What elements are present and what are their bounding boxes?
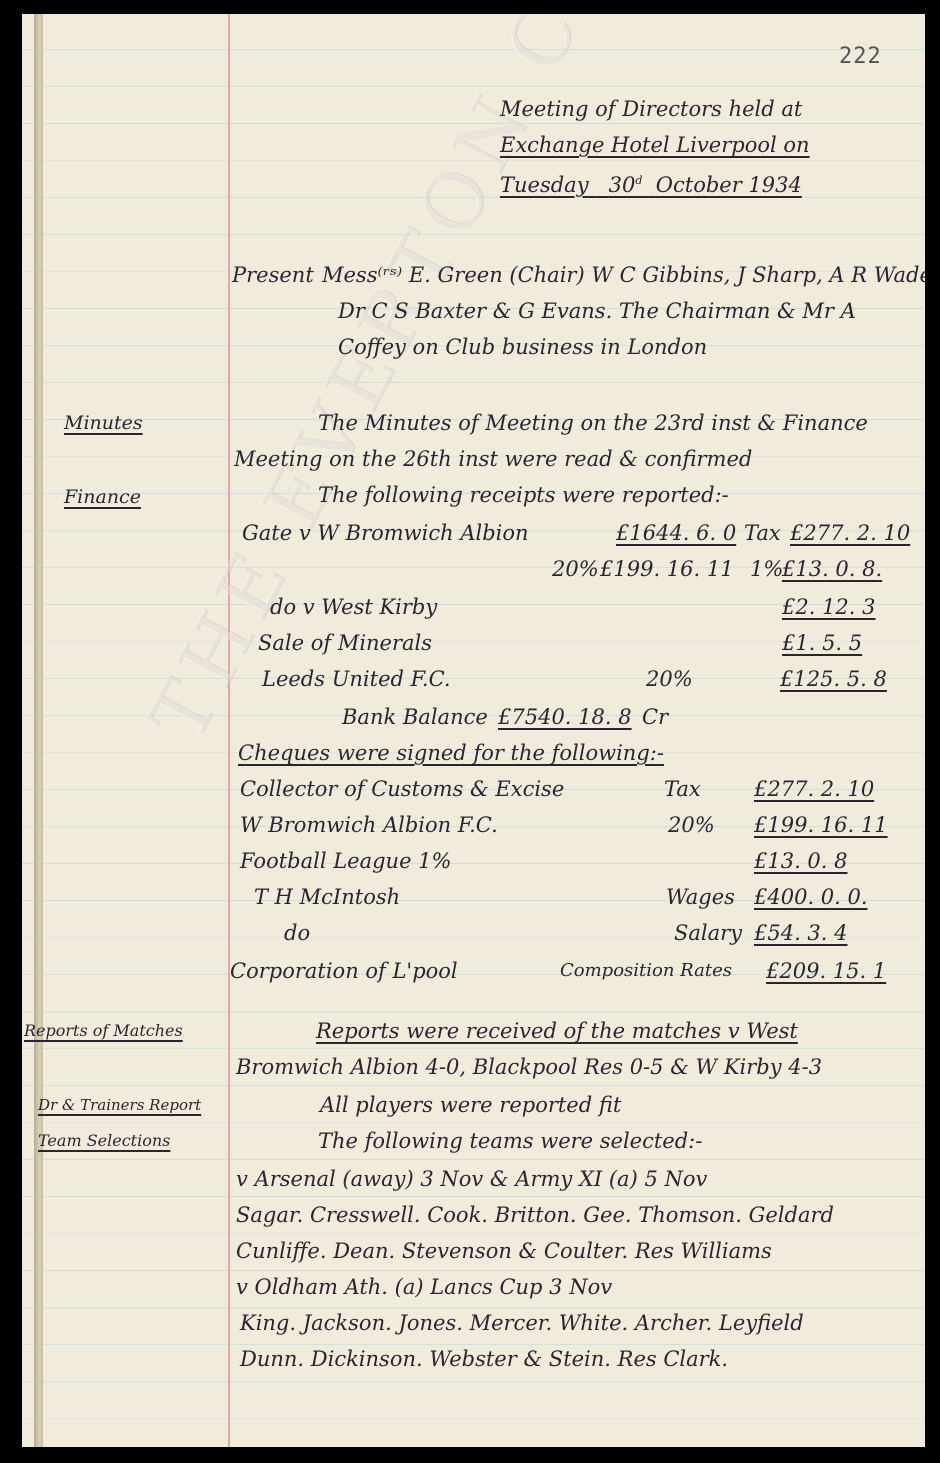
cheque-amount: £54. 3. 4 — [754, 920, 848, 946]
margin-heading-team-selections: Team Selections — [38, 1128, 170, 1154]
receipt-extra-amount: £1. 5. 5 — [782, 630, 862, 656]
cheque-payee: Football League 1% — [240, 849, 452, 873]
margin-heading-finance: Finance — [64, 484, 141, 510]
fixture-2: v Oldham Ath. (a) Lancs Cup 3 Nov — [236, 1274, 612, 1300]
cheque-payee: Collector of Customs & Excise — [240, 777, 564, 801]
receipt-row: Leeds United F.C. 20% £125. 5. 8 — [262, 666, 922, 692]
cheque-row: Collector of Customs & Excise Tax £277. … — [240, 776, 925, 802]
cheque-type: Tax — [664, 776, 701, 802]
cheque-type: 20% — [668, 812, 715, 838]
receipt-extra-label: Tax — [744, 520, 781, 546]
receipt-extra-amount: £13. 0. 8. — [782, 556, 882, 582]
cheque-type: Wages — [666, 884, 735, 910]
receipt-extra-amount: £277. 2. 10 — [790, 520, 910, 546]
receipt-row: do v West Kirby £2. 12. 3 — [270, 594, 920, 620]
page-number: 222 — [839, 44, 882, 69]
cheque-amount: £277. 2. 10 — [754, 776, 874, 802]
red-margin-line — [228, 14, 230, 1447]
receipt-amount-label: 20% — [552, 556, 599, 582]
binding-edge — [34, 14, 43, 1447]
bank-balance-amount: £7540. 18. 8 — [498, 704, 632, 730]
heading-line-2: Exchange Hotel Liverpool on — [500, 132, 810, 158]
bank-balance-label: Bank Balance — [342, 705, 488, 729]
cheque-row: do Salary £54. 3. 4 — [284, 920, 925, 946]
present-line-2: Dr C S Baxter & G Evans. The Chairman & … — [338, 298, 856, 324]
cheque-amount: £400. 0. 0. — [754, 884, 868, 910]
receipt-amount: £1644. 6. 0 — [616, 520, 736, 546]
receipt-desc: Gate v W Bromwich Albion — [242, 521, 529, 545]
cheque-amount: £209. 15. 1 — [766, 958, 886, 984]
cheque-type: Salary — [674, 920, 742, 946]
reports-line-1: Reports were received of the matches v W… — [316, 1018, 798, 1044]
cheque-row: W Bromwich Albion F.C. 20% £199. 16. 11 — [240, 812, 925, 838]
team-2-line-1: King. Jackson. Jones. Mercer. White. Arc… — [240, 1310, 804, 1336]
receipt-extra-amount: £2. 12. 3 — [782, 594, 876, 620]
receipts-intro: The following receipts were reported:- — [318, 482, 729, 508]
present-label: Present — [232, 262, 314, 288]
team-1-line-2: Cunliffe. Dean. Stevenson & Coulter. Res… — [236, 1238, 772, 1264]
margin-heading-minutes: Minutes — [64, 410, 143, 436]
heading-line-3: Tuesday 30d October 1934 — [500, 168, 802, 198]
cheque-row: T H McIntosh Wages £400. 0. 0. — [254, 884, 925, 910]
team-1-line-1: Sagar. Cresswell. Cook. Britton. Gee. Th… — [236, 1202, 834, 1228]
selections-intro: The following teams were selected:- — [318, 1128, 702, 1154]
heading-day: Tuesday — [500, 173, 589, 197]
present-line-3: Coffey on Club business in London — [338, 334, 707, 360]
heading-line-1: Meeting of Directors held at — [500, 96, 802, 122]
margin-heading-trainers: Dr & Trainers Report — [38, 1092, 201, 1118]
heading-date: 30 — [609, 173, 636, 197]
trainers-report: All players were reported fit — [320, 1092, 621, 1118]
cheque-amount: £199. 16. 11 — [754, 812, 888, 838]
margin-heading-reports: Reports of Matches — [24, 1018, 183, 1044]
heading-month-year: October 1934 — [656, 173, 802, 197]
fixture-1: v Arsenal (away) 3 Nov & Army XI (a) 5 N… — [236, 1166, 707, 1192]
bank-balance-suffix: Cr — [642, 704, 668, 730]
ledger-page: THE EVERTON COLLECTION 222 Meeting of Di… — [22, 14, 925, 1447]
receipt-desc: Leeds United F.C. — [262, 667, 451, 691]
cheque-row: Football League 1% £13. 0. 8 — [240, 848, 925, 874]
cheque-amount: £13. 0. 8 — [754, 848, 848, 874]
reports-line-2: Bromwich Albion 4-0, Blackpool Res 0-5 &… — [236, 1054, 822, 1080]
cheque-payee: Corporation of L'pool — [230, 959, 458, 983]
receipt-desc: Sale of Minerals — [258, 631, 432, 655]
cheque-payee: W Bromwich Albion F.C. — [240, 813, 498, 837]
minutes-line-2: Meeting on the 26th inst were read & con… — [234, 446, 752, 472]
cheque-type: Composition Rates — [560, 958, 732, 984]
present-line-1: Mess⁽ʳˢ⁾ E. Green (Chair) W C Gibbins, J… — [322, 262, 925, 288]
team-2-line-2: Dunn. Dickinson. Webster & Stein. Res Cl… — [240, 1346, 728, 1372]
cheque-row: Corporation of L'pool Composition Rates … — [230, 958, 925, 984]
cheques-intro: Cheques were signed for the following:- — [238, 740, 664, 766]
receipt-desc: do v West Kirby — [270, 595, 437, 619]
minutes-line-1: The Minutes of Meeting on the 23rd inst … — [318, 410, 868, 436]
receipt-extra-label: 1% — [750, 556, 783, 582]
receipt-amount: £199. 16. 11 — [600, 556, 734, 582]
receipt-row: Gate v W Bromwich Albion £1644. 6. 0 Tax… — [242, 520, 922, 546]
receipt-amount-label: 20% — [646, 666, 693, 692]
cheque-payee: do — [284, 921, 310, 945]
bank-balance-row: Bank Balance £7540. 18. 8 Cr — [342, 704, 902, 730]
receipt-extra-amount: £125. 5. 8 — [780, 666, 887, 692]
cheque-payee: T H McIntosh — [254, 885, 400, 909]
receipt-row: Sale of Minerals £1. 5. 5 — [258, 630, 918, 656]
